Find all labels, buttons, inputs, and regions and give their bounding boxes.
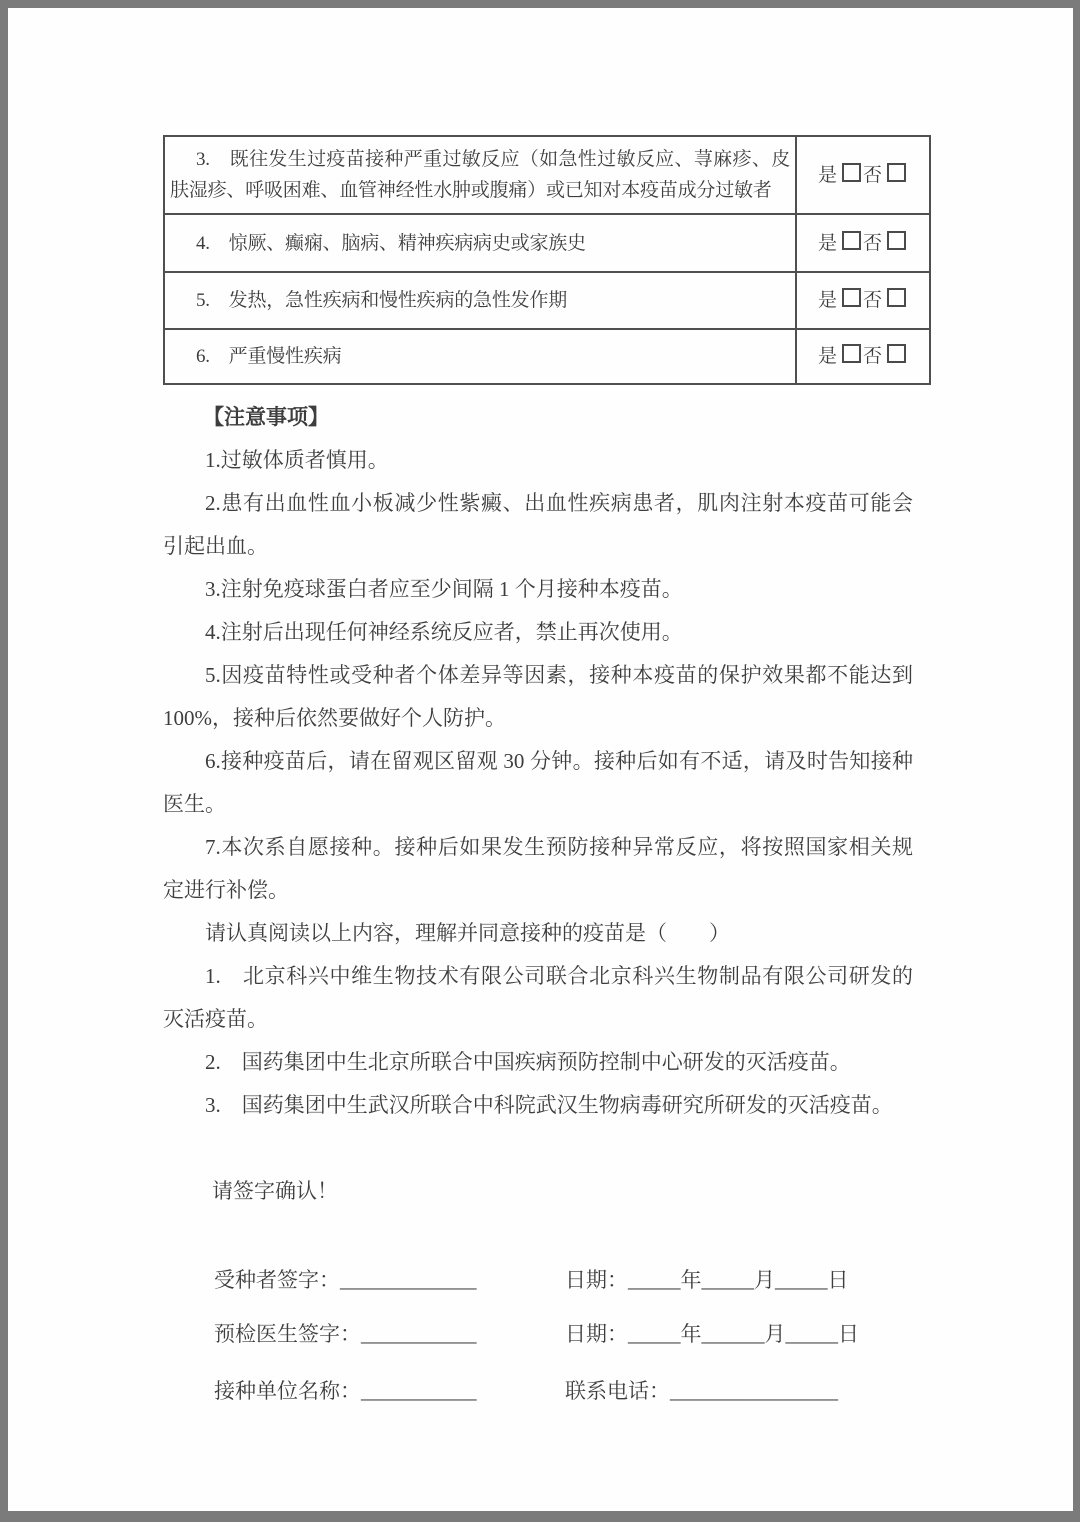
vaccine-option: 2. 国药集团中生北京所联合中国疾病预防控制中心研发的灭活疫苗。 xyxy=(163,1041,913,1084)
document-viewer: { "table": { "yes_label": "是", "no_label… xyxy=(0,0,1080,1522)
notice-item: 1.过敏体质者慎用。 xyxy=(163,439,913,482)
yes-no-cell: 是否 xyxy=(796,136,930,214)
yes-no-cell: 是否 xyxy=(796,329,930,384)
yes-label: 是 xyxy=(818,346,837,367)
yes-checkbox[interactable] xyxy=(842,344,861,363)
signature-row-doctor: 预检医生签字：___________ 日期：_____年______月_____… xyxy=(163,1313,913,1356)
no-label: 否 xyxy=(863,233,882,254)
no-label: 否 xyxy=(863,165,882,186)
yes-label: 是 xyxy=(818,165,837,186)
notice-item: 5.因疫苗特性或受种者个体差异等因素，接种本疫苗的保护效果都不能达到100%，接… xyxy=(163,654,913,740)
recipient-signature-blank[interactable]: _____________ xyxy=(340,1268,477,1292)
phone-label: 联系电话： xyxy=(565,1379,670,1403)
table-row: 3. 既往发生过疫苗接种严重过敏反应（如急性过敏反应、荨麻疹、皮肤湿疹、呼吸困难… xyxy=(164,136,930,214)
document-content: 3. 既往发生过疫苗接种严重过敏反应（如急性过敏反应、荨麻疹、皮肤湿疹、呼吸困难… xyxy=(163,8,913,1413)
table-row: 5. 发热，急性疾病和慢性疾病的急性发作期 是否 xyxy=(164,272,930,329)
screening-question: 6. 严重慢性疾病 xyxy=(170,341,790,372)
notice-item: 2.患有出血性血小板减少性紫癜、出血性疾病患者，肌肉注射本疫苗可能会引起出血。 xyxy=(163,482,913,568)
screening-question: 4. 惊厥、癫痫、脑病、精神疾病病史或家族史 xyxy=(170,228,790,259)
signature-section: 请签字确认！ 受种者签字：_____________ 日期：_____年____… xyxy=(163,1170,913,1413)
screening-question: 3. 既往发生过疫苗接种严重过敏反应（如急性过敏反应、荨麻疹、皮肤湿疹、呼吸困难… xyxy=(170,144,790,206)
doctor-signature-label: 预检医生签字： xyxy=(214,1322,361,1346)
screening-table: 3. 既往发生过疫苗接种严重过敏反应（如急性过敏反应、荨麻疹、皮肤湿疹、呼吸困难… xyxy=(163,135,931,385)
date-blanks[interactable]: _____年______月_____日 xyxy=(628,1322,859,1346)
clinic-name-blank[interactable]: ___________ xyxy=(361,1379,477,1403)
table-row: 4. 惊厥、癫痫、脑病、精神疾病病史或家族史 是否 xyxy=(164,214,930,272)
yes-no-cell: 是否 xyxy=(796,214,930,272)
signature-row-clinic: 接种单位名称：___________ 联系电话：________________ xyxy=(163,1370,913,1413)
screening-question: 5. 发热，急性疾病和慢性疾病的急性发作期 xyxy=(170,285,790,316)
date-label: 日期： xyxy=(565,1268,628,1292)
no-checkbox[interactable] xyxy=(887,163,906,182)
vaccine-option: 1. 北京科兴中维生物技术有限公司联合北京科兴生物制品有限公司研发的灭活疫苗。 xyxy=(163,955,913,1041)
no-checkbox[interactable] xyxy=(887,344,906,363)
no-label: 否 xyxy=(863,346,882,367)
yes-label: 是 xyxy=(818,290,837,311)
no-checkbox[interactable] xyxy=(887,288,906,307)
phone-blank[interactable]: ________________ xyxy=(670,1379,838,1403)
notice-item: 7.本次系自愿接种。接种后如果发生预防接种异常反应，将按照国家相关规定进行补偿。 xyxy=(163,826,913,912)
yes-no-cell: 是否 xyxy=(796,272,930,329)
yes-checkbox[interactable] xyxy=(842,288,861,307)
vaccine-option: 3. 国药集团中生武汉所联合中科院武汉生物病毒研究所研发的灭活疫苗。 xyxy=(163,1084,913,1127)
yes-checkbox[interactable] xyxy=(842,231,861,250)
signature-row-recipient: 受种者签字：_____________ 日期：_____年_____月_____… xyxy=(163,1259,913,1302)
signature-prompt: 请签字确认！ xyxy=(163,1170,913,1213)
recipient-signature-label: 受种者签字： xyxy=(214,1268,340,1292)
document-page: 3. 既往发生过疫苗接种严重过敏反应（如急性过敏反应、荨麻疹、皮肤湿疹、呼吸困难… xyxy=(8,8,1073,1511)
date-label: 日期： xyxy=(565,1322,628,1346)
notice-heading: 【注意事项】 xyxy=(163,396,913,439)
notice-item: 4.注射后出现任何神经系统反应者，禁止再次使用。 xyxy=(163,611,913,654)
yes-label: 是 xyxy=(818,233,837,254)
notice-item: 6.接种疫苗后，请在留观区留观 30 分钟。接种后如有不适，请及时告知接种医生。 xyxy=(163,740,913,826)
notice-item: 3.注射免疫球蛋白者应至少间隔 1 个月接种本疫苗。 xyxy=(163,568,913,611)
table-row: 6. 严重慢性疾病 是否 xyxy=(164,329,930,384)
date-blanks[interactable]: _____年_____月_____日 xyxy=(628,1268,849,1292)
no-checkbox[interactable] xyxy=(887,231,906,250)
consent-intro: 请认真阅读以上内容，理解并同意接种的疫苗是（ ） xyxy=(163,912,913,955)
no-label: 否 xyxy=(863,290,882,311)
doctor-signature-blank[interactable]: ___________ xyxy=(361,1322,477,1346)
clinic-name-label: 接种单位名称： xyxy=(214,1379,361,1403)
yes-checkbox[interactable] xyxy=(842,163,861,182)
notice-section: 【注意事项】 1.过敏体质者慎用。 2.患有出血性血小板减少性紫癜、出血性疾病患… xyxy=(163,396,913,1127)
